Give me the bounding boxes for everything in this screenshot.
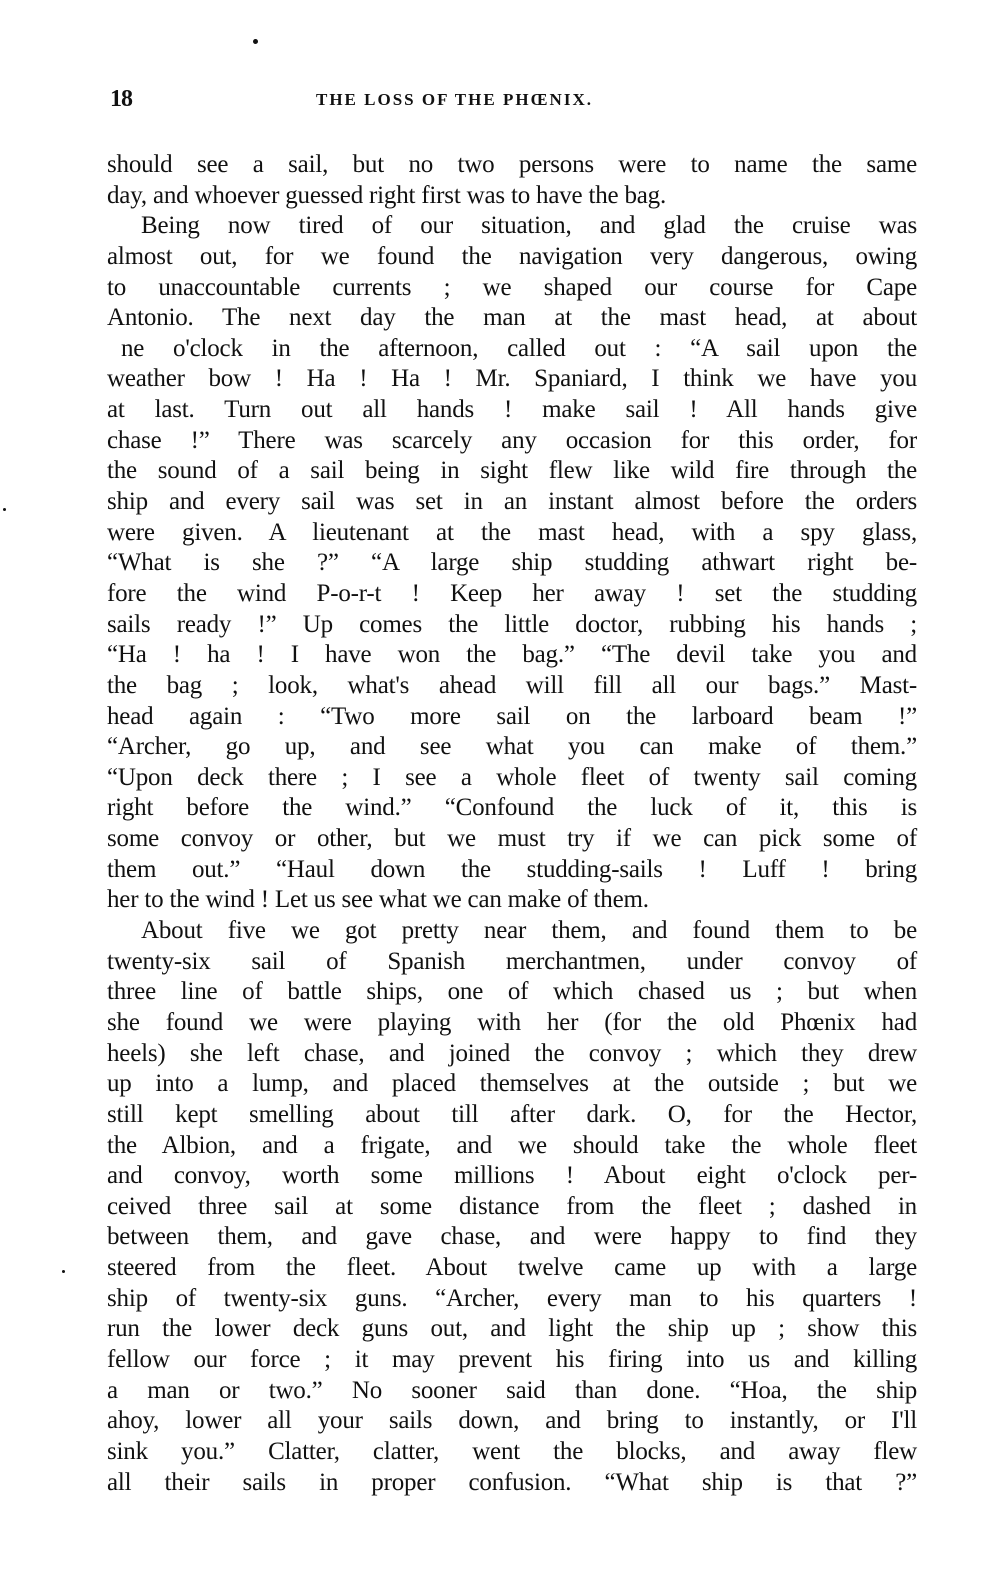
text-line: all their sails in proper confusion. “Wh… (107, 1468, 917, 1499)
text-line: weather bow ! Ha ! Ha ! Mr. Spaniard, I … (107, 364, 917, 395)
paragraph-start-line: Being now tired of our situation, and gl… (107, 211, 917, 242)
text-line: to unaccountable currents ; we shaped ou… (107, 273, 917, 304)
text-line: ne o'clock in the afternoon, called out … (107, 334, 917, 365)
text-line: steered from the fleet. About twelve cam… (107, 1253, 917, 1284)
text-line: twenty-six sail of Spanish merchantmen, … (107, 947, 917, 978)
text-line: “Ha ! ha ! I have won the bag.” “The dev… (107, 640, 917, 671)
text-line: fore the wind P-o-r-t ! Keep her away ! … (107, 579, 917, 610)
text-line: head again : “Two more sail on the larbo… (107, 702, 917, 733)
text-line: ship of twenty-six guns. “Archer, every … (107, 1284, 917, 1315)
text-line: ahoy, lower all your sails down, and bri… (107, 1406, 917, 1437)
text-line: should see a sail, but no two persons we… (107, 150, 917, 181)
text-line: chase !” There was scarcely any occasion… (107, 426, 917, 457)
text-line: up into a lump, and placed themselves at… (107, 1069, 917, 1100)
text-line: a man or two.” No sooner said than done.… (107, 1376, 917, 1407)
text-line: run the lower deck guns out, and light t… (107, 1314, 917, 1345)
text-line: them out.” “Haul down the studding-sails… (107, 855, 917, 886)
text-line: right before the wind.” “Confound the lu… (107, 793, 917, 824)
body-text: should see a sail, but no two persons we… (107, 150, 917, 1498)
scan-speck (3, 508, 6, 511)
running-head: 18 THE LOSS OF THE PHŒNIX. (110, 86, 918, 116)
text-line: day, and whoever guessed right first was… (107, 181, 917, 212)
text-line: and convoy, worth some millions ! About … (107, 1161, 917, 1192)
text-line: the bag ; look, what's ahead will fill a… (107, 671, 917, 702)
page-number: 18 (110, 86, 132, 113)
text-line: fellow our force ; it may prevent his fi… (107, 1345, 917, 1376)
text-line: three line of battle ships, one of which… (107, 977, 917, 1008)
running-head-title: THE LOSS OF THE PHŒNIX. (316, 90, 593, 110)
text-line: “Archer, go up, and see what you can mak… (107, 732, 917, 763)
text-line: Antonio. The next day the man at the mas… (107, 303, 917, 334)
text-line: “Upon deck there ; I see a whole fleet o… (107, 763, 917, 794)
text-line: some convoy or other, but we must try if… (107, 824, 917, 855)
scan-speck (253, 39, 258, 44)
text-line: heels) she left chase, and joined the co… (107, 1039, 917, 1070)
text-line: were given. A lieutenant at the mast hea… (107, 518, 917, 549)
scan-speck (62, 1270, 65, 1273)
text-line: the Albion, and a frigate, and we should… (107, 1131, 917, 1162)
text-line: almost out, for we found the navigation … (107, 242, 917, 273)
text-line: sink you.” Clatter, clatter, went the bl… (107, 1437, 917, 1468)
text-line: “What is she ?” “A large ship studding a… (107, 548, 917, 579)
text-line: she found we were playing with her (for … (107, 1008, 917, 1039)
text-line: sails ready !” Up comes the little docto… (107, 610, 917, 641)
paragraph-start-line: About five we got pretty near them, and … (107, 916, 917, 947)
text-line: her to the wind ! Let us see what we can… (107, 885, 917, 916)
text-line: ship and every sail was set in an instan… (107, 487, 917, 518)
text-line: the sound of a sail being in sight flew … (107, 456, 917, 487)
text-line: between them, and gave chase, and were h… (107, 1222, 917, 1253)
text-line: ceived three sail at some distance from … (107, 1192, 917, 1223)
text-line: still kept smelling about till after dar… (107, 1100, 917, 1131)
text-line: at last. Turn out all hands ! make sail … (107, 395, 917, 426)
